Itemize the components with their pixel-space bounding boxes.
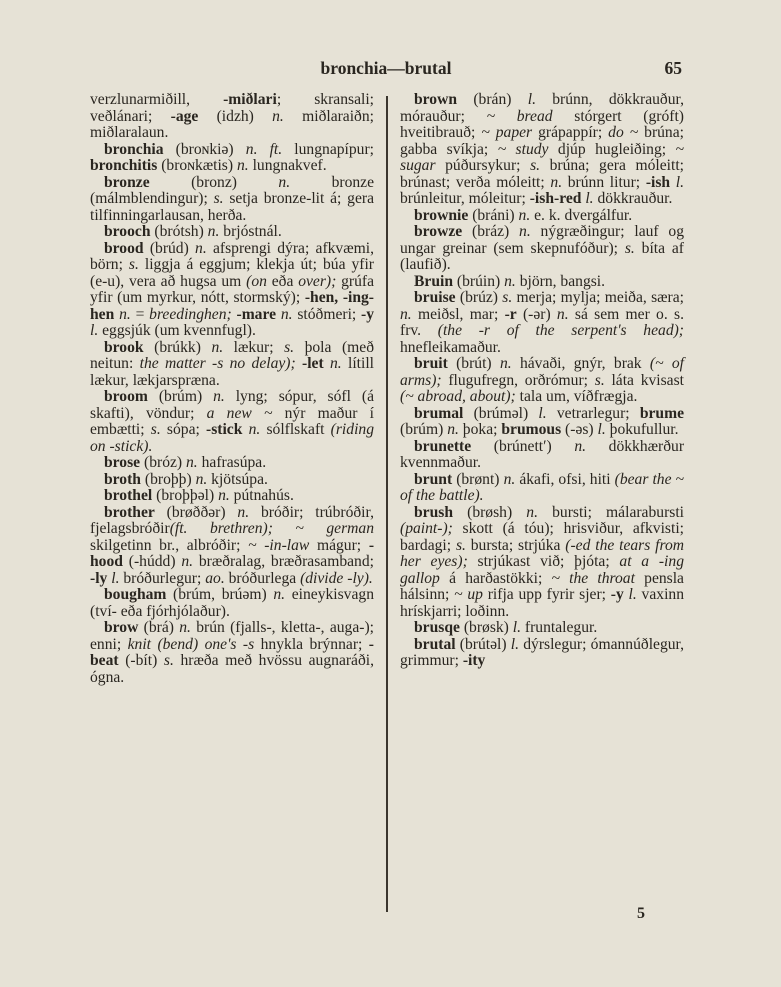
dictionary-entry: brunt (brønt) n. ákafi, ofsi, hiti (bear… <box>400 472 684 505</box>
dictionary-entry: brownie (bráni) n. e. k. dvergálfur. <box>400 208 684 225</box>
page-number: 65 <box>665 58 683 79</box>
dictionary-entry: brush (brøsh) n. bursti; málarabursti (p… <box>400 505 684 621</box>
dictionary-entry: bougham (brúm, brúəm) n. eineykisvagn (t… <box>90 587 374 620</box>
dictionary-entry: brose (bróz) n. hafrasúpa. <box>90 455 374 472</box>
dictionary-entry: bruise (brúz) s. merja; mylja; meiða, sæ… <box>400 290 684 356</box>
dictionary-entry: brooch (brótsh) n. brjóstnál. <box>90 224 374 241</box>
dictionary-entry: broth (broþþ) n. kjötsúpa. <box>90 472 374 489</box>
dictionary-entry: brumal (brúməl) l. vetrarlegur; brume (b… <box>400 406 684 439</box>
dictionary-entry: brutal (brútəl) l. dýrslegur; ómannúðleg… <box>400 637 684 670</box>
dictionary-entry: broom (brúm) n. lyng; sópur, sófl (á ska… <box>90 389 374 455</box>
dictionary-entry: brow (brá) n. brún (fjalls-, kletta-, au… <box>90 620 374 686</box>
dictionary-entry: brother (brøððər) n. bróðir; trúbróðir, … <box>90 505 374 588</box>
dictionary-entry: verzlunarmiðill, -miðlari; skransali; ve… <box>90 92 374 142</box>
running-head-title: bronchia—brutal <box>90 58 682 79</box>
left-column: verzlunarmiðill, -miðlari; skransali; ve… <box>90 92 374 686</box>
column-divider <box>386 96 388 912</box>
signature-mark: 5 <box>637 905 645 923</box>
dictionary-entry: bruit (brút) n. hávaði, gnýr, brak (~ of… <box>400 356 684 406</box>
dictionary-entry: brood (brúd) n. afsprengi dýra; afkvæmi,… <box>90 241 374 340</box>
dictionary-entry: brothel (broþþəl) n. pútnahús. <box>90 488 374 505</box>
right-column: brown (brán) l. brúnn, dökkrauður, mórau… <box>400 92 684 670</box>
dictionary-page: bronchia—brutal 65 verzlunarmiðill, -mið… <box>0 0 781 987</box>
dictionary-entry: Bruin (brúin) n. björn, bangsi. <box>400 274 684 291</box>
dictionary-entry: browze (bráz) n. nýgræðingur; lauf og un… <box>400 224 684 274</box>
dictionary-entry: brown (brán) l. brúnn, dökkrauður, mórau… <box>400 92 684 208</box>
dictionary-entry: bronchia (broɴkiə) n. ft. lungnapípur; b… <box>90 142 374 175</box>
dictionary-entry: bronze (bronz) n. bronze (málmblendingur… <box>90 175 374 225</box>
running-head: bronchia—brutal 65 <box>90 58 682 82</box>
dictionary-entry: brunette (brúnett′) n. dökkhærður kvennm… <box>400 439 684 472</box>
dictionary-entry: brusqe (brøsk) l. fruntalegur. <box>400 620 684 637</box>
dictionary-entry: brook (brúkk) n. lækur; s. þola (með nei… <box>90 340 374 390</box>
